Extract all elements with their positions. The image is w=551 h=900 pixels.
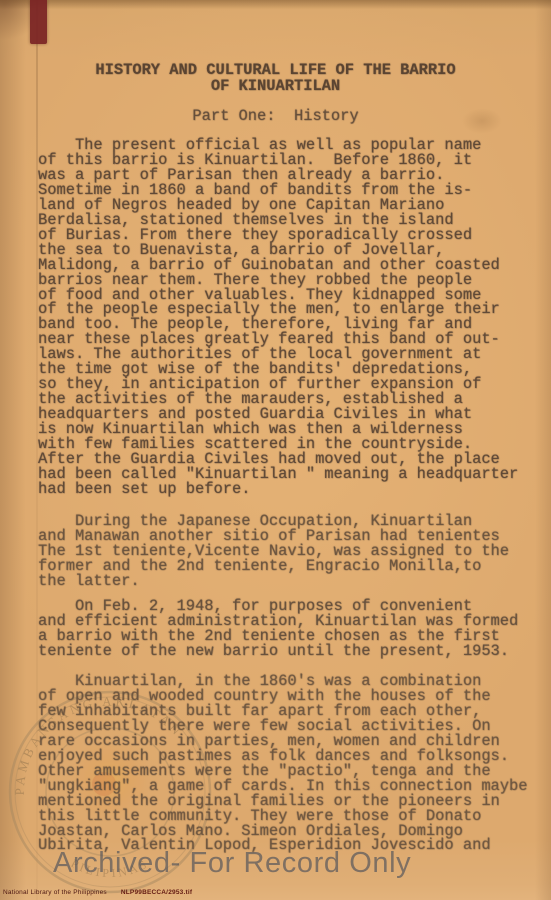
- paragraph-japanese-occupation: During the Japanese Occupation, Kinuarti…: [38, 514, 509, 589]
- document-title: HISTORY AND CULTURAL LIFE OF THE BARRIO …: [0, 62, 551, 94]
- archived-watermark: Archived- For Record Only: [53, 847, 411, 880]
- typed-text-layer: HISTORY AND CULTURAL LIFE OF THE BARRIO …: [0, 0, 551, 900]
- paragraph-history-origin: The present official as well as popular …: [38, 138, 518, 497]
- footer-library-name: National Library of the Philippines: [3, 889, 107, 896]
- part-heading: Part One: History: [0, 109, 551, 124]
- scanned-document-page: PAMBANSANG AKLATAN PILIPINAS HISTORY AND…: [0, 0, 551, 900]
- paragraph-barrio-formation: On Feb. 2, 1948, for purposes of conveni…: [38, 599, 518, 659]
- footer-caption: National Library of the PhilippinesNLP99…: [3, 889, 192, 896]
- footer-file-code: NLP99BECCA/2953.tif: [121, 889, 192, 896]
- paragraph-social-life: Kinuartilan, in the 1860's was a combina…: [38, 674, 528, 853]
